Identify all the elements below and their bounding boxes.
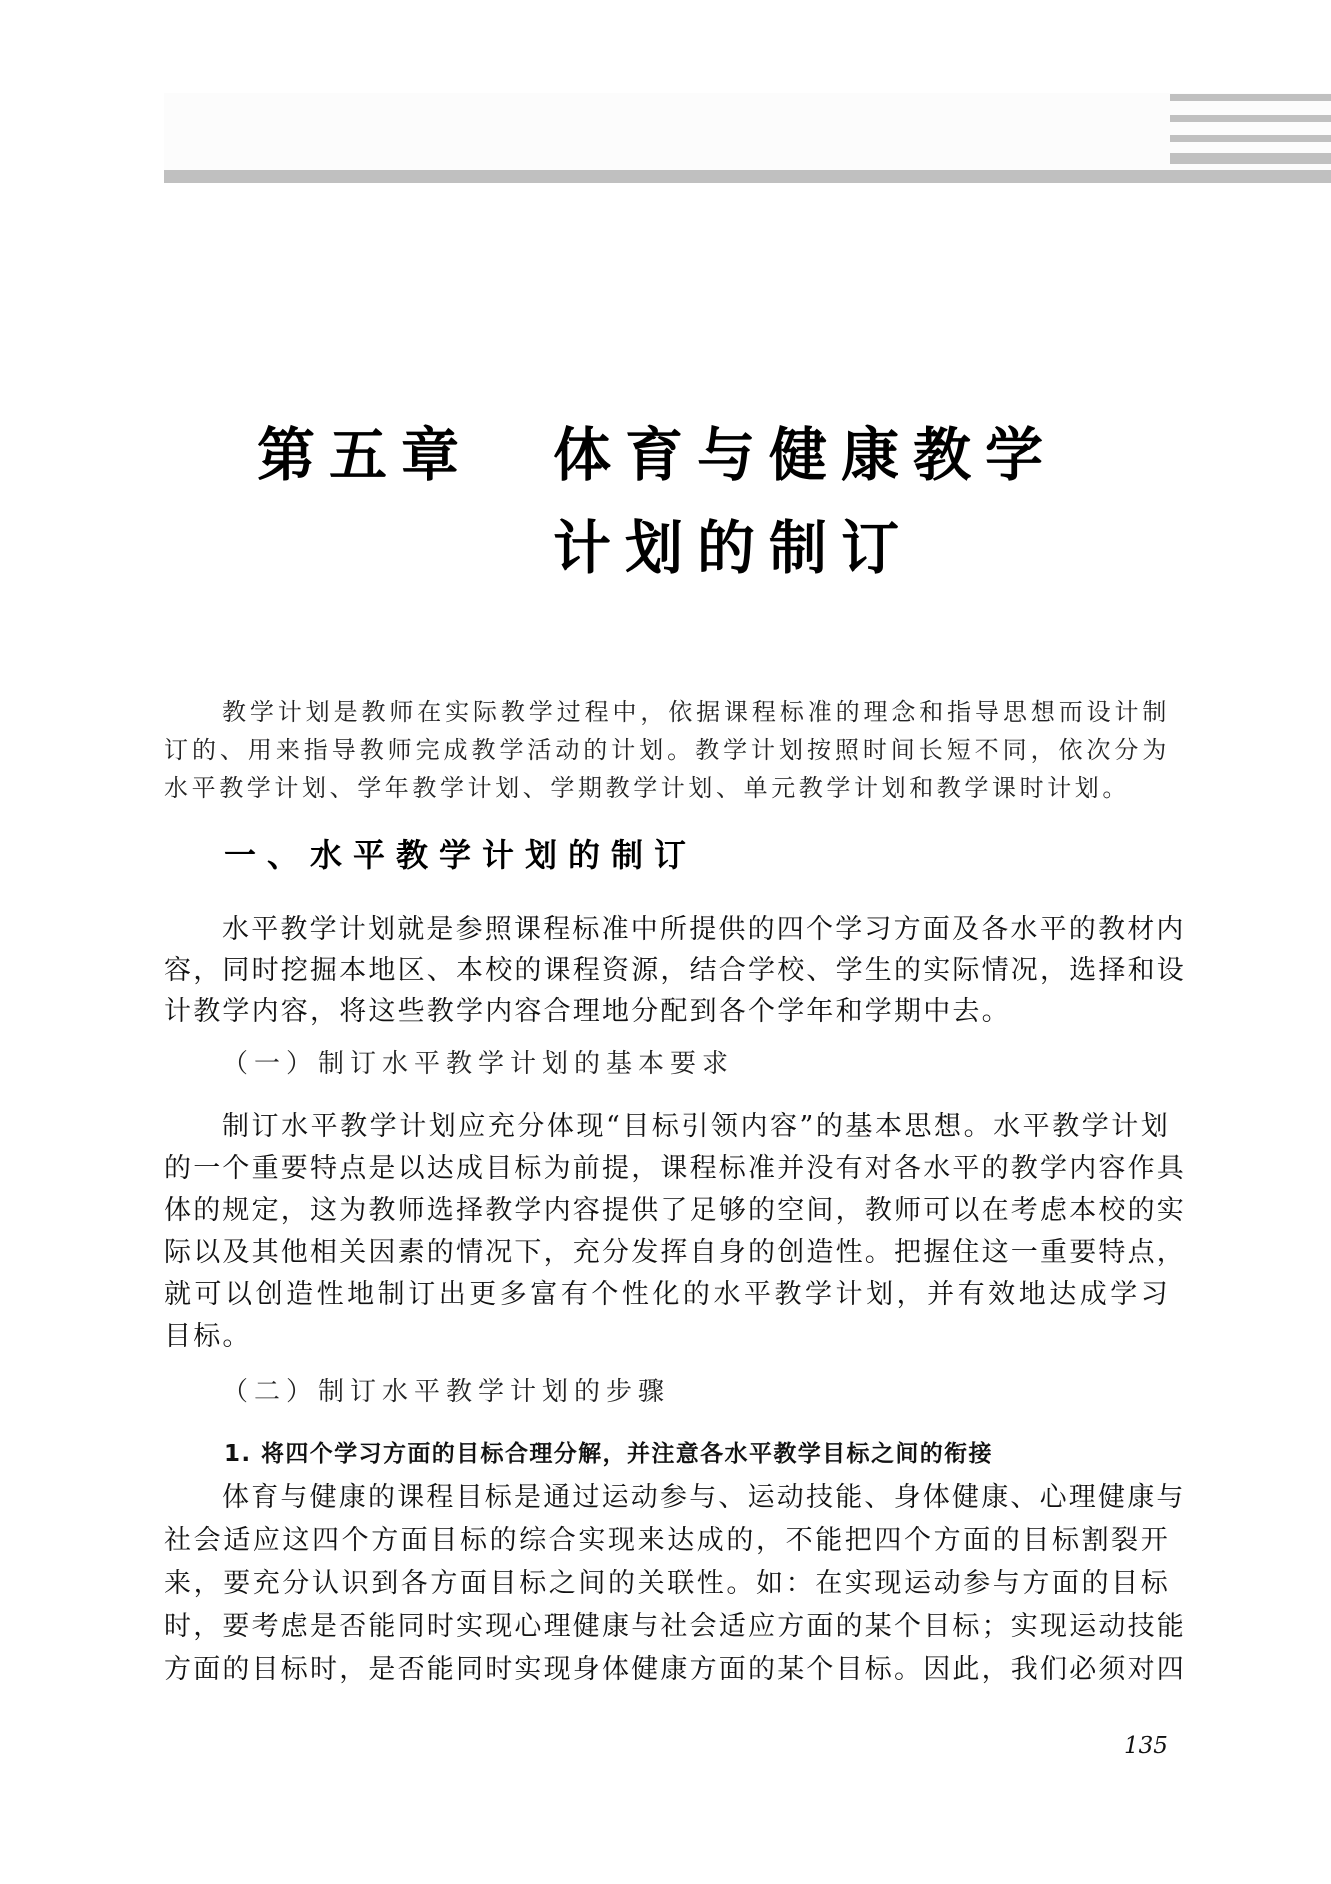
chapter-title-line-2: 计划的制订 [553, 513, 913, 583]
header-rule [164, 170, 1331, 183]
header-band [164, 93, 1331, 170]
step-paragraph: 体育与健康的课程目标是通过运动参与、运动技能、身体健康、心理健康与 社会适应这四… [164, 1476, 1170, 1691]
text-line: 体育与健康的课程目标是通过运动参与、运动技能、身体健康、心理健康与 [164, 1476, 1170, 1519]
text-line: 际以及其他相关因素的情况下，充分发挥自身的创造性。把握住这一重要特点， [164, 1232, 1170, 1274]
step-heading: 1. 将四个学习方面的目标合理分解，并注意各水平教学目标之间的衔接 [224, 1438, 993, 1470]
text-line: 计教学内容，将这些教学内容合理地分配到各个学年和学期中去。 [164, 991, 1170, 1032]
text-line: 来，要充分认识到各方面目标之间的关联性。如：在实现运动参与方面的目标 [164, 1562, 1170, 1605]
text-line: 制订水平教学计划应充分体现“目标引领内容”的基本思想。水平教学计划 [164, 1106, 1170, 1148]
text-line: 订的、用来指导教师完成教学活动的计划。教学计划按照时间长短不同，依次分为 [164, 731, 1170, 769]
text-line: 社会适应这四个方面目标的综合实现来达成的，不能把四个方面的目标割裂开 [164, 1519, 1170, 1562]
header-stripe [1170, 115, 1331, 122]
text-line: 容，同时挖掘本地区、本校的课程资源，结合学校、学生的实际情况，选择和设 [164, 950, 1170, 991]
text-line: 时，要考虑是否能同时实现心理健康与社会适应方面的某个目标；实现运动技能 [164, 1605, 1170, 1648]
intro-paragraph: 教学计划是教师在实际教学过程中，依据课程标准的理念和指导思想而设计制 订的、用来… [164, 693, 1170, 807]
subsection-paragraph: 制订水平教学计划应充分体现“目标引领内容”的基本思想。水平教学计划 的一个重要特… [164, 1106, 1170, 1358]
page-number: 135 [1124, 1732, 1168, 1760]
section-heading: 一、水平教学计划的制订 [224, 830, 697, 880]
chapter-number: 第五章 [257, 420, 473, 490]
text-line: 的一个重要特点是以达成目标为前提，课程标准并没有对各水平的教学内容作具 [164, 1148, 1170, 1190]
header-stripe [1170, 135, 1331, 142]
text-line: 水平教学计划、学年教学计划、学期教学计划、单元教学计划和教学课时计划。 [164, 769, 1170, 807]
text-line: 方面的目标时，是否能同时实现身体健康方面的某个目标。因此，我们必须对四 [164, 1648, 1170, 1691]
text-line: 教学计划是教师在实际教学过程中，依据课程标准的理念和指导思想而设计制 [164, 693, 1170, 731]
text-line: 体的规定，这为教师选择教学内容提供了足够的空间，教师可以在考虑本校的实 [164, 1190, 1170, 1232]
subsection-heading: （二）制订水平教学计划的步骤 [222, 1374, 670, 1410]
text-line: 水平教学计划就是参照课程标准中所提供的四个学习方面及各水平的教材内 [164, 909, 1170, 950]
section-paragraph: 水平教学计划就是参照课程标准中所提供的四个学习方面及各水平的教材内 容，同时挖掘… [164, 909, 1170, 1032]
header-stripe [1170, 153, 1331, 164]
text-line: 目标。 [164, 1316, 1170, 1358]
subsection-heading: （一）制订水平教学计划的基本要求 [222, 1046, 734, 1082]
header-stripe [1170, 94, 1331, 101]
chapter-title-line-1: 体育与健康教学 [553, 420, 1057, 490]
text-line: 就可以创造性地制订出更多富有个性化的水平教学计划，并有效地达成学习 [164, 1274, 1170, 1316]
